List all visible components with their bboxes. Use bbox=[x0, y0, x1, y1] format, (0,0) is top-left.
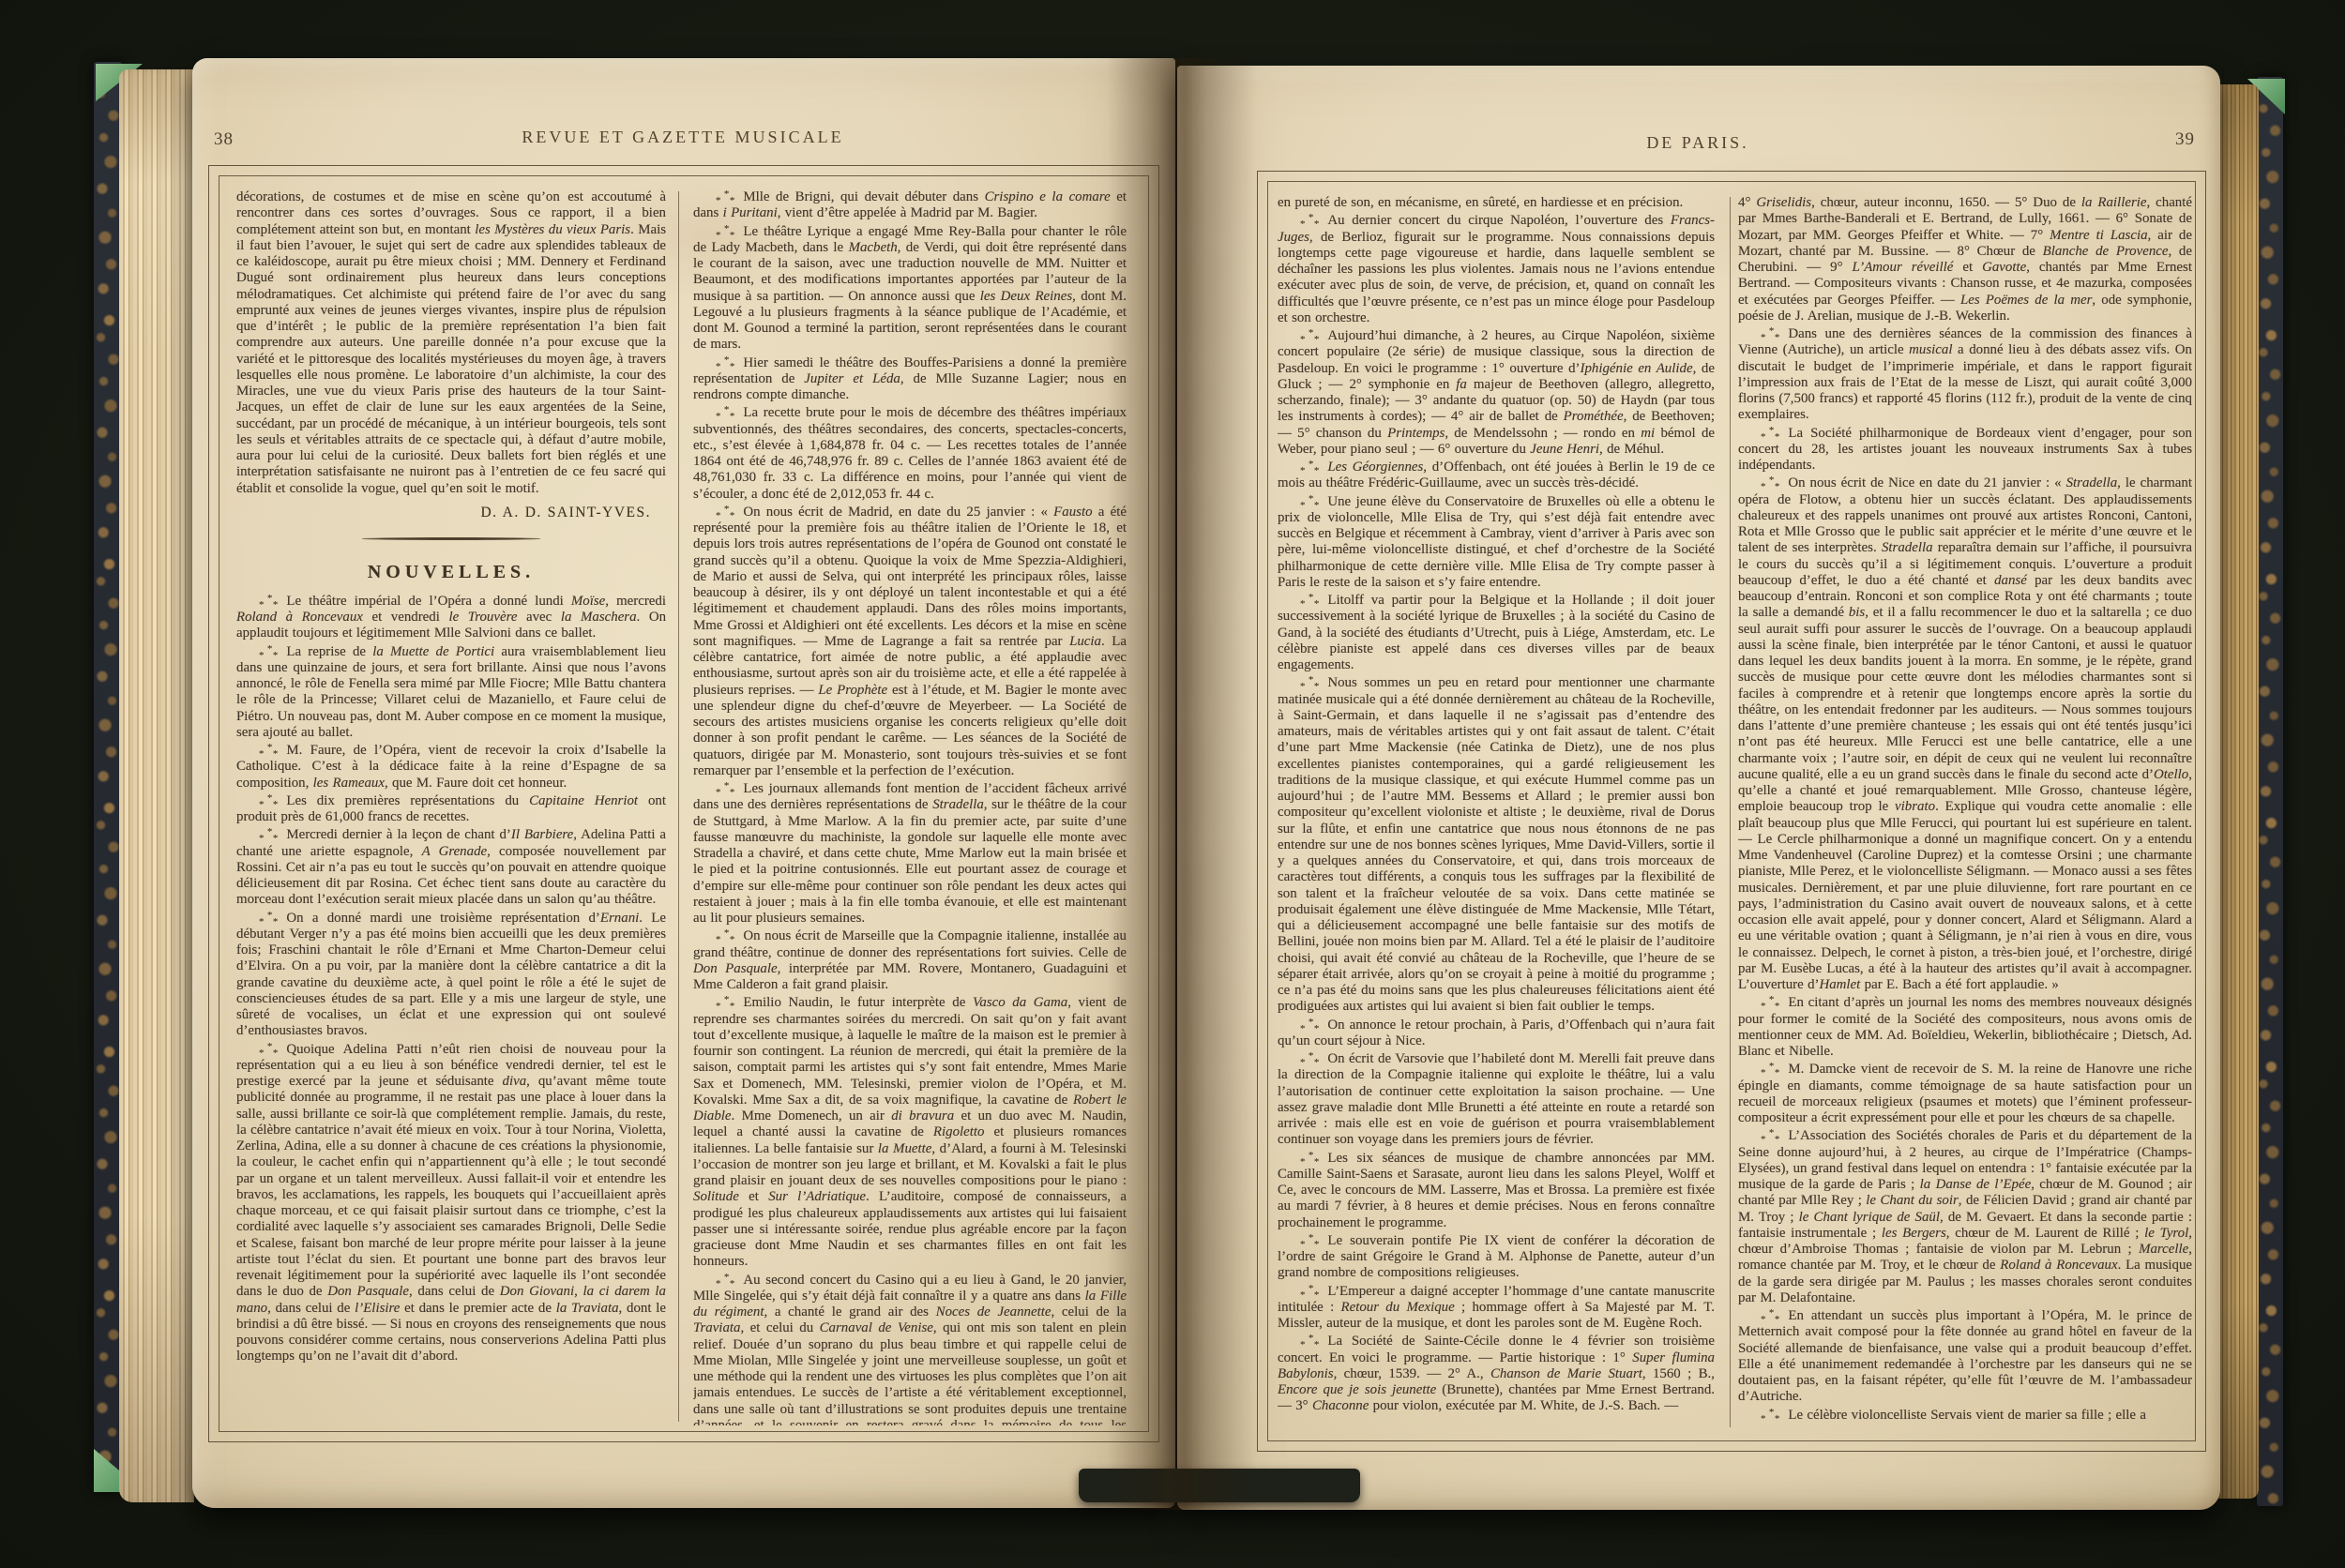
item-marker-asterism: ** * bbox=[1300, 1286, 1322, 1300]
item-marker-asterism: ** * bbox=[1761, 477, 1782, 491]
continuation-paragraph: 4° Griselidis, chœur, auteur inconnu, 16… bbox=[1738, 195, 2192, 324]
item-marker-asterism: ** * bbox=[716, 1274, 737, 1289]
right-page-column-2: 4° Griselidis, chœur, auteur inconnu, 16… bbox=[1738, 195, 2192, 1429]
item-marker-asterism: ** * bbox=[716, 930, 737, 944]
right-cover-marbled-edge bbox=[2257, 77, 2283, 1506]
news-item-paragraph: ** *M. Faure, de l’Opéra, vient de recev… bbox=[236, 743, 666, 792]
news-item-paragraph: ** *Nous sommes un peu en retard pour me… bbox=[1278, 675, 1715, 1015]
news-item-paragraph: ** *Aujourd’hui dimanche, à 2 heures, au… bbox=[1278, 328, 1715, 458]
binding-under-pages bbox=[1079, 1469, 1360, 1502]
continuation-paragraph: en pureté de son, en mécanisme, en sûret… bbox=[1278, 195, 1715, 211]
left-page-column-1: décorations, de costumes et de mise en s… bbox=[236, 189, 666, 1425]
item-marker-asterism: ** * bbox=[1300, 496, 1322, 510]
item-marker-asterism: ** * bbox=[1300, 215, 1322, 229]
item-marker-asterism: ** * bbox=[259, 1044, 280, 1058]
news-item-paragraph: ** *Le célèbre violoncelliste Servais vi… bbox=[1738, 1408, 2192, 1424]
news-item-paragraph: ** *Emilio Naudin, le futur interprète d… bbox=[693, 995, 1127, 1270]
news-item-paragraph: ** *Au second concert du Casino qui a eu… bbox=[693, 1273, 1127, 1426]
item-marker-asterism: ** * bbox=[716, 997, 737, 1011]
right-page-column-1: en pureté de son, en mécanisme, en sûret… bbox=[1278, 195, 1715, 1429]
right-page-column-rule bbox=[1730, 197, 1731, 1427]
news-item-paragraph: ** *On annonce le retour prochain, à Par… bbox=[1278, 1018, 1715, 1050]
item-marker-asterism: ** * bbox=[1761, 1130, 1782, 1144]
item-marker-asterism: ** * bbox=[716, 357, 737, 371]
item-marker-asterism: ** * bbox=[1300, 1153, 1322, 1167]
news-item-paragraph: ** *Litolff va partir pour la Belgique e… bbox=[1278, 593, 1715, 673]
item-marker-asterism: ** * bbox=[716, 506, 737, 520]
news-item-paragraph: ** *L’Association des Sociétés chorales … bbox=[1738, 1128, 2192, 1306]
news-item-paragraph: ** *Les six séances de musique de chambr… bbox=[1278, 1151, 1715, 1231]
continuation-paragraph: décorations, de costumes et de mise en s… bbox=[236, 189, 666, 497]
item-marker-asterism: ** * bbox=[1300, 1019, 1322, 1033]
item-marker-asterism: ** * bbox=[1300, 1335, 1322, 1349]
scanned-book-photo: { "marker": {"top": "*", "bottom": "* *"… bbox=[0, 0, 2345, 1568]
running-title-right: DE PARIS. bbox=[1257, 133, 2139, 153]
news-item-paragraph: ** *On a donné mardi une troisième repré… bbox=[236, 911, 666, 1040]
item-marker-asterism: ** * bbox=[1300, 677, 1322, 691]
right-fore-edge bbox=[2217, 84, 2259, 1499]
news-item-paragraph: ** *L’Empereur a daigné accepter l’homma… bbox=[1278, 1284, 1715, 1333]
item-marker-asterism: ** * bbox=[716, 191, 737, 205]
running-title-left: REVUE ET GAZETTE MUSICALE bbox=[208, 128, 1157, 147]
news-item-paragraph: ** *M. Damcke vient de recevoir de S. M.… bbox=[1738, 1062, 2192, 1126]
item-marker-asterism: ** * bbox=[1761, 428, 1782, 442]
news-item-paragraph: ** *On nous écrit de Marseille que la Co… bbox=[693, 928, 1127, 993]
news-item-paragraph: ** *Les journaux allemands font mention … bbox=[693, 781, 1127, 927]
item-marker-asterism: ** * bbox=[259, 795, 280, 809]
news-item-paragraph: ** *On écrit de Varsovie que l’habileté … bbox=[1278, 1051, 1715, 1149]
news-item-paragraph: ** *On nous écrit de Madrid, en date du … bbox=[693, 505, 1127, 779]
item-marker-asterism: ** * bbox=[1300, 595, 1322, 609]
item-marker-asterism: ** * bbox=[1761, 1310, 1782, 1324]
item-marker-asterism: ** * bbox=[1761, 328, 1782, 342]
left-page-edges bbox=[119, 69, 194, 1502]
news-item-paragraph: ** *Le souverain pontife Pie IX vient de… bbox=[1278, 1233, 1715, 1282]
news-item-paragraph: ** *La recette brute pour le mois de déc… bbox=[693, 405, 1127, 503]
item-marker-asterism: ** * bbox=[716, 783, 737, 797]
item-marker-asterism: ** * bbox=[1761, 997, 1782, 1011]
news-item-paragraph: ** *On nous écrit de Nice en date du 21 … bbox=[1738, 475, 2192, 993]
news-item-paragraph: ** *En citant d’après un journal les nom… bbox=[1738, 995, 2192, 1060]
item-marker-asterism: ** * bbox=[1300, 461, 1322, 475]
news-item-paragraph: ** *La Société de Sainte-Cécile donne le… bbox=[1278, 1334, 1715, 1414]
news-item-paragraph: ** *Le théâtre Lyrique a engagé Mme Rey-… bbox=[693, 224, 1127, 354]
item-marker-asterism: ** * bbox=[259, 596, 280, 610]
left-page-column-2: ** *Mlle de Brigni, qui devait débuter d… bbox=[693, 189, 1127, 1425]
item-marker-asterism: ** * bbox=[1300, 1235, 1322, 1249]
news-item-paragraph: ** *Le théâtre impérial de l’Opéra a don… bbox=[236, 594, 666, 642]
item-marker-asterism: ** * bbox=[259, 912, 280, 927]
item-marker-asterism: ** * bbox=[1761, 1410, 1782, 1424]
item-marker-asterism: ** * bbox=[1761, 1063, 1782, 1078]
news-item-paragraph: ** *La reprise de la Muette de Portici a… bbox=[236, 644, 666, 742]
section-divider-rule bbox=[362, 537, 540, 540]
news-item-paragraph: ** *Une jeune élève du Conservatoire de … bbox=[1278, 494, 1715, 592]
item-marker-asterism: ** * bbox=[716, 407, 737, 421]
news-item-paragraph: ** *Hier samedi le théâtre des Bouffes-P… bbox=[693, 355, 1127, 404]
article-signature: D. A. D. SAINT-YVES. bbox=[236, 505, 666, 520]
left-cover-marbled-edge bbox=[94, 62, 122, 1491]
news-item-paragraph: ** *Les dix premières représentations du… bbox=[236, 793, 666, 826]
news-item-paragraph: ** *La Société philharmonique de Bordeau… bbox=[1738, 426, 2192, 475]
item-marker-asterism: ** * bbox=[259, 646, 280, 660]
left-page-column-rule bbox=[678, 191, 679, 1422]
item-marker-asterism: ** * bbox=[1300, 330, 1322, 344]
item-marker-asterism: ** * bbox=[259, 745, 280, 759]
page-number-right: 39 bbox=[2148, 129, 2195, 150]
item-marker-asterism: ** * bbox=[1300, 1053, 1322, 1067]
news-item-paragraph: ** *En attendant un succès plus importan… bbox=[1738, 1308, 2192, 1406]
news-item-paragraph: ** *Dans une des dernières séances de la… bbox=[1738, 326, 2192, 424]
news-item-paragraph: ** *Quoique Adelina Patti n’eût rien cho… bbox=[236, 1042, 666, 1365]
item-marker-asterism: ** * bbox=[716, 226, 737, 240]
news-item-paragraph: ** *Mlle de Brigni, qui devait débuter d… bbox=[693, 189, 1127, 222]
item-marker-asterism: ** * bbox=[259, 829, 280, 843]
news-item-paragraph: ** *Au dernier concert du cirque Napoléo… bbox=[1278, 213, 1715, 326]
section-heading-nouvelles: NOUVELLES. bbox=[236, 565, 666, 580]
news-item-paragraph: ** *Mercredi dernier à la leçon de chant… bbox=[236, 827, 666, 908]
news-item-paragraph: ** *Les Géorgiennes, d’Offenbach, ont ét… bbox=[1278, 460, 1715, 492]
